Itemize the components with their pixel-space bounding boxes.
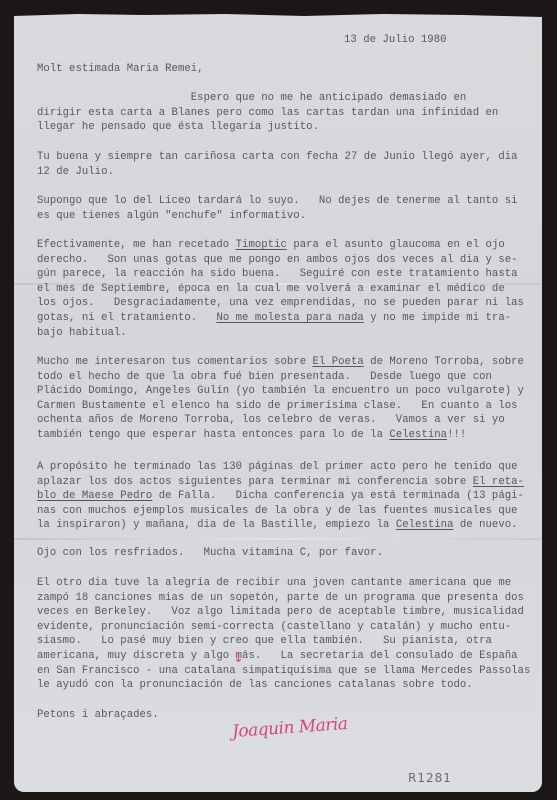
paragraph-8: El otro dia tuve la alegría de recibir u… bbox=[37, 576, 530, 693]
underlined-text: El Poeta bbox=[313, 356, 364, 368]
underlined-text: Celestina bbox=[389, 429, 447, 441]
paragraph-2: Tu buena y siempre tan cariñosa carta co… bbox=[37, 150, 518, 179]
salutation: Molt estimada Maria Remei, bbox=[37, 62, 204, 77]
underlined-text: No me molesta para nada bbox=[216, 312, 363, 324]
closing: Petons i abraçades. bbox=[37, 708, 159, 723]
paragraph-6: A propósito he terminado las 130 páginas… bbox=[37, 460, 524, 533]
letter-date: 13 de Julio 1980 bbox=[344, 33, 447, 48]
text-run: Mucho me interesaron tus comentarios sob… bbox=[37, 356, 313, 368]
underlined-text: Timoptic bbox=[236, 239, 287, 251]
text-run: !!! bbox=[447, 429, 466, 441]
text-run: de nuevo. bbox=[453, 519, 517, 531]
fold-line bbox=[14, 538, 542, 540]
archive-reference: R1281 bbox=[408, 771, 452, 785]
text-run: A propósito he terminado las 130 páginas… bbox=[37, 461, 518, 488]
paragraph-7: Ojo con los resfriados. Mucha vitamina C… bbox=[37, 546, 383, 561]
underlined-text: Celestina bbox=[396, 519, 454, 531]
paragraph-3: Supongo que lo del Liceo tardará lo suyo… bbox=[37, 194, 518, 223]
text-run: Efectivamente, me han recetado bbox=[37, 239, 236, 251]
paragraph-5: Mucho me interesaron tus comentarios sob… bbox=[37, 355, 524, 443]
handwritten-correction-mark: ↓ bbox=[233, 651, 244, 666]
paragraph-4: Efectivamente, me han recetado Timoptic … bbox=[37, 238, 524, 340]
paragraph-1: Espero que no me he anticipado demasiado… bbox=[37, 91, 498, 135]
